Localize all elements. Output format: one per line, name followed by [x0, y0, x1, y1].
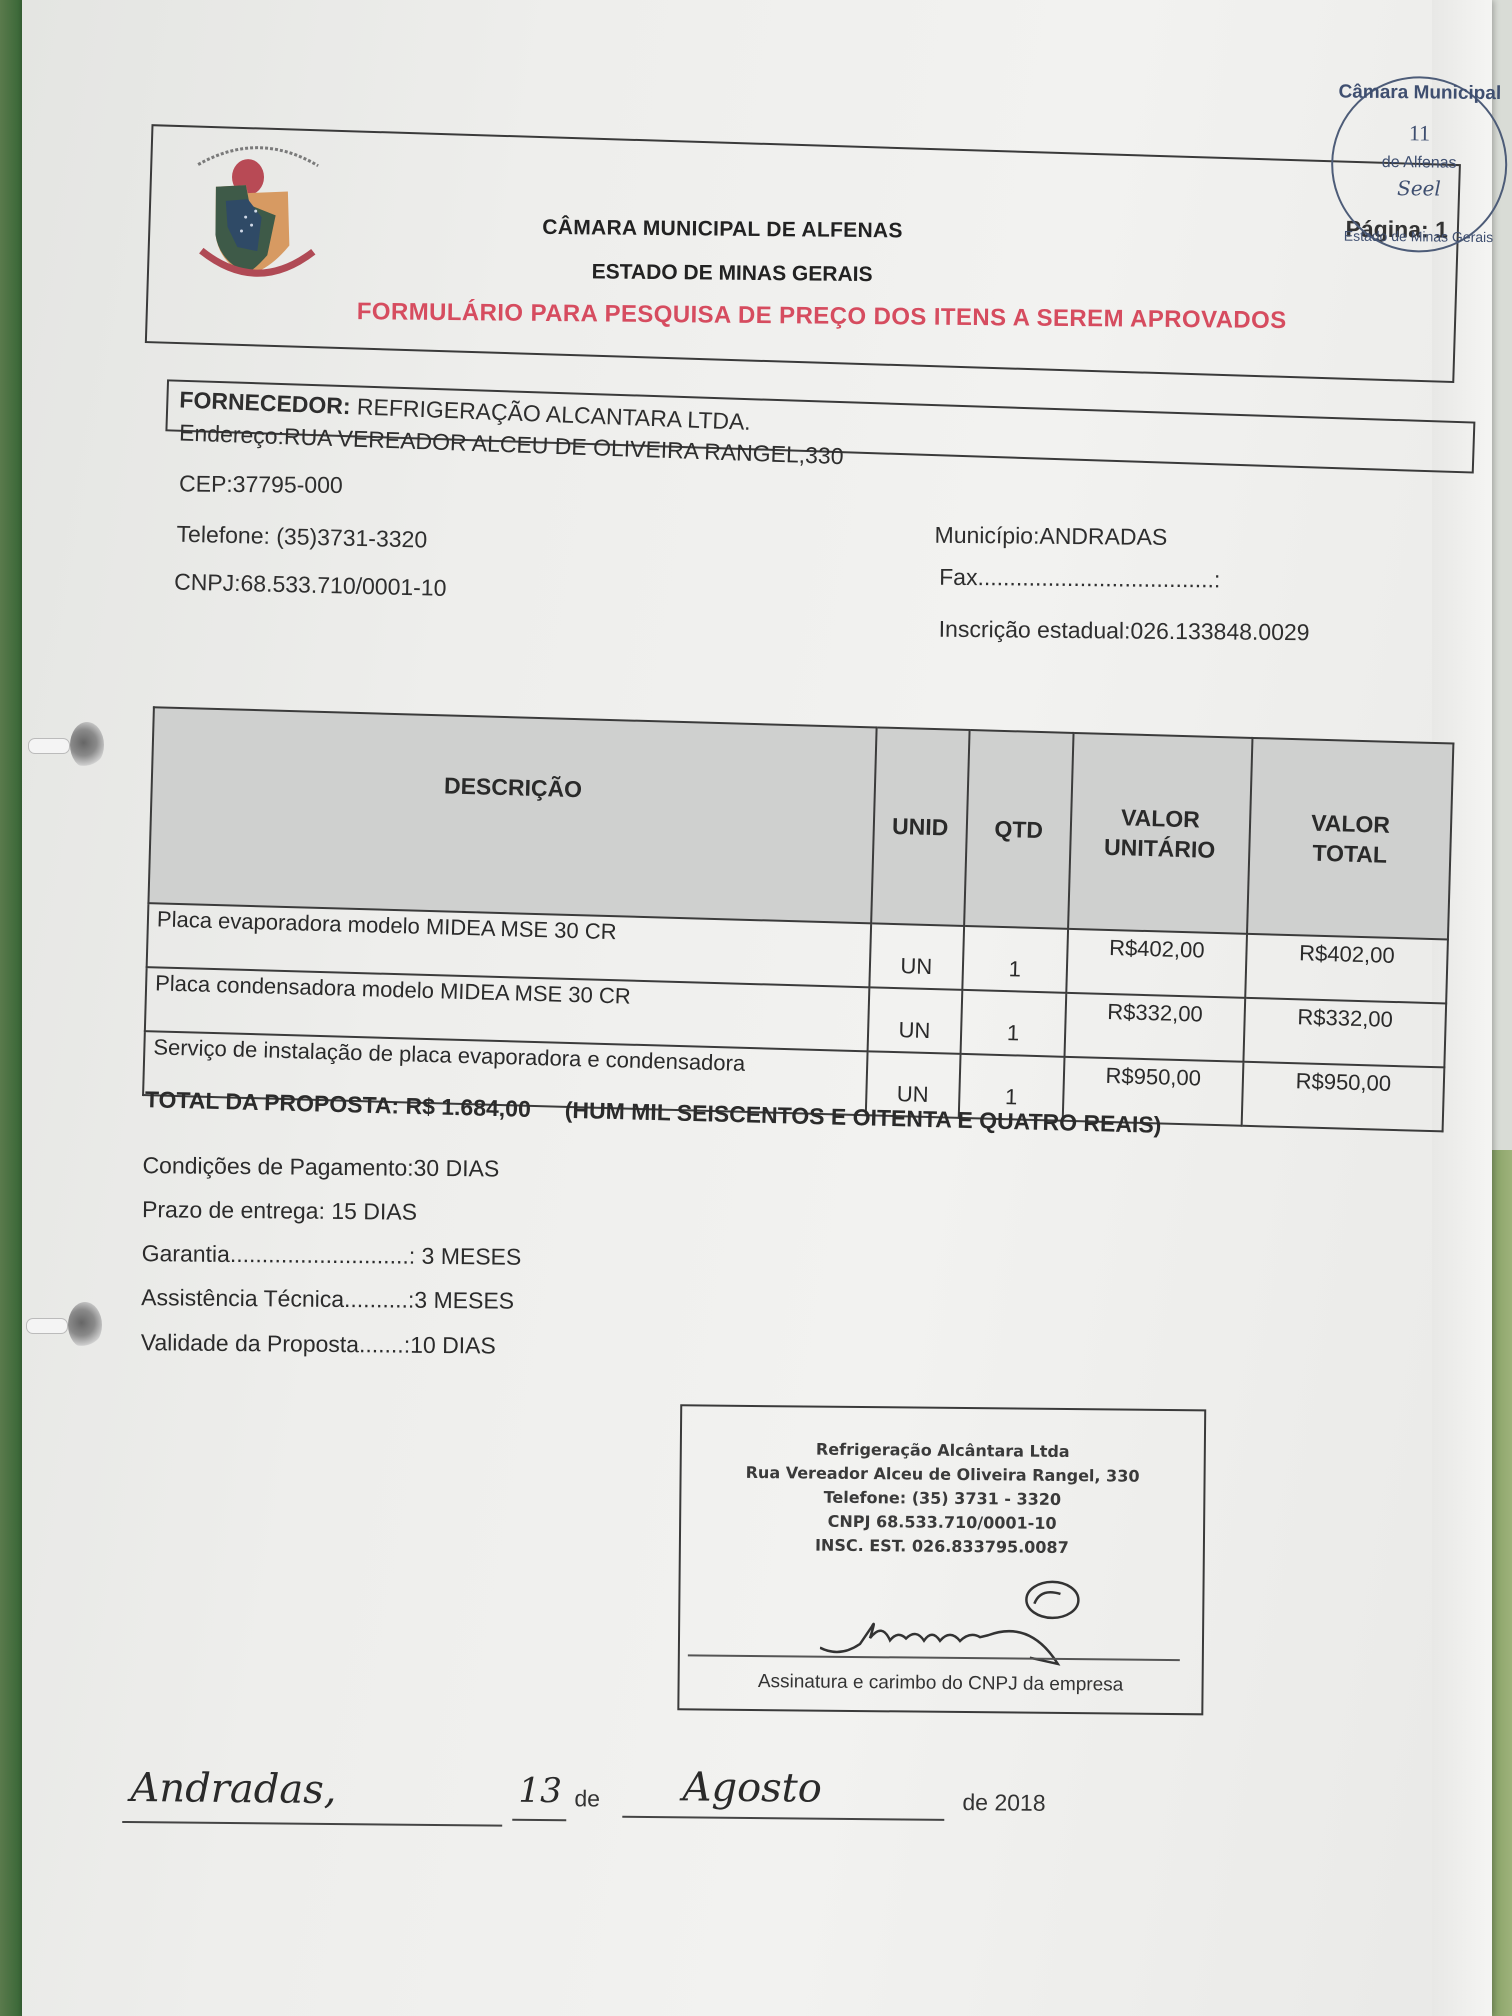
items-table: DESCRIÇÃO UNID QTD VALOR UNITÁRIO VALOR …: [142, 706, 1454, 1132]
month-underline: [622, 1816, 944, 1821]
supplier-label: FORNECEDOR:: [179, 386, 351, 419]
company-stamp-line: Rua Vereador Alceu de Oliveira Rangel, 3…: [681, 1460, 1203, 1489]
supplier-fax: Fax.....................................…: [939, 564, 1220, 594]
cell-qtd: 1: [962, 926, 1067, 993]
col-valor-unitario-line1: VALOR: [1121, 804, 1200, 832]
supplier-state-registration: Inscrição estadual:026.133848.0029: [939, 616, 1310, 647]
col-unid: UNID: [871, 727, 970, 926]
date-line: Andradas, 13 de Agosto de 2018: [122, 1759, 1073, 1848]
stamp-number: 11: [1333, 120, 1505, 148]
warranty: Garantia............................: 3 …: [142, 1240, 522, 1271]
company-stamp-line: INSC. EST. 026.833795.0087: [681, 1532, 1203, 1561]
document-page: CÂMARA MUNICIPAL DE ALFENAS ESTADO DE MI…: [22, 0, 1492, 2016]
technical-assistance: Assistência Técnica..........:3 MESES: [141, 1284, 514, 1315]
cell-valor-total: R$402,00: [1245, 934, 1448, 1004]
handwritten-month: Agosto: [682, 1764, 822, 1811]
stamp-city: de Alfenas: [1333, 154, 1505, 174]
day-underline: [512, 1819, 566, 1822]
date-de-label: de: [574, 1785, 600, 1812]
supplier-cnpj: CNPJ:68.533.710/0001-10: [174, 568, 447, 601]
col-valor-unitario-line2: UNITÁRIO: [1104, 834, 1216, 863]
cell-valor-total: R$332,00: [1243, 998, 1446, 1068]
handwritten-day: 13: [518, 1771, 562, 1811]
col-qtd: QTD: [964, 730, 1073, 929]
supplier-municipality: Município:ANDRADAS: [934, 522, 1167, 551]
signature-caption: Assinatura e carimbo do CNPJ da empresa: [679, 1670, 1201, 1697]
cell-unid: UN: [867, 987, 962, 1054]
supplier-phone: Telefone: (35)3731-3320: [176, 521, 427, 554]
cell-qtd: 1: [961, 990, 1066, 1057]
cell-valor-total: R$950,00: [1242, 1062, 1445, 1132]
stamp-top-text: Câmara Municipal: [1334, 82, 1506, 106]
protocol-stamp: Câmara Municipal 11 de Alfenas Seel Esta…: [1330, 75, 1508, 253]
city-underline: [122, 1821, 502, 1827]
form-content: CÂMARA MUNICIPAL DE ALFENAS ESTADO DE MI…: [10, 0, 1499, 2016]
proposal-validity: Validade da Proposta.......:10 DIAS: [141, 1329, 496, 1359]
col-valor-total-line2: TOTAL: [1312, 840, 1387, 868]
cell-valor-unitario: R$332,00: [1064, 993, 1245, 1062]
payment-terms: Condições de Pagamento:30 DIAS: [142, 1152, 499, 1182]
cell-valor-unitario: R$402,00: [1066, 929, 1247, 998]
signature-box: Refrigeração Alcântara Ltda Rua Vereador…: [677, 1404, 1206, 1715]
stamp-signature: Seel: [1333, 176, 1505, 202]
cell-unid: UN: [869, 923, 964, 990]
col-descricao: DESCRIÇÃO: [148, 707, 876, 923]
col-valor-total-line1: VALOR: [1311, 810, 1390, 838]
supplier-cep: CEP:37795-000: [179, 470, 343, 499]
delivery-time: Prazo de entrega: 15 DIAS: [142, 1196, 417, 1226]
date-year-label: de 2018: [962, 1789, 1045, 1817]
col-valor-unitario: VALOR UNITÁRIO: [1068, 733, 1253, 934]
col-valor-total: VALOR TOTAL: [1247, 738, 1453, 940]
handwritten-city: Andradas,: [130, 1765, 336, 1813]
stamp-bottom-text: Estado de Minas Gerais: [1332, 227, 1504, 245]
header-frame: [145, 124, 1461, 383]
company-stamp: Refrigeração Alcântara Ltda Rua Vereador…: [681, 1436, 1204, 1561]
table-header-row: DESCRIÇÃO UNID QTD VALOR UNITÁRIO VALOR …: [148, 707, 1453, 939]
